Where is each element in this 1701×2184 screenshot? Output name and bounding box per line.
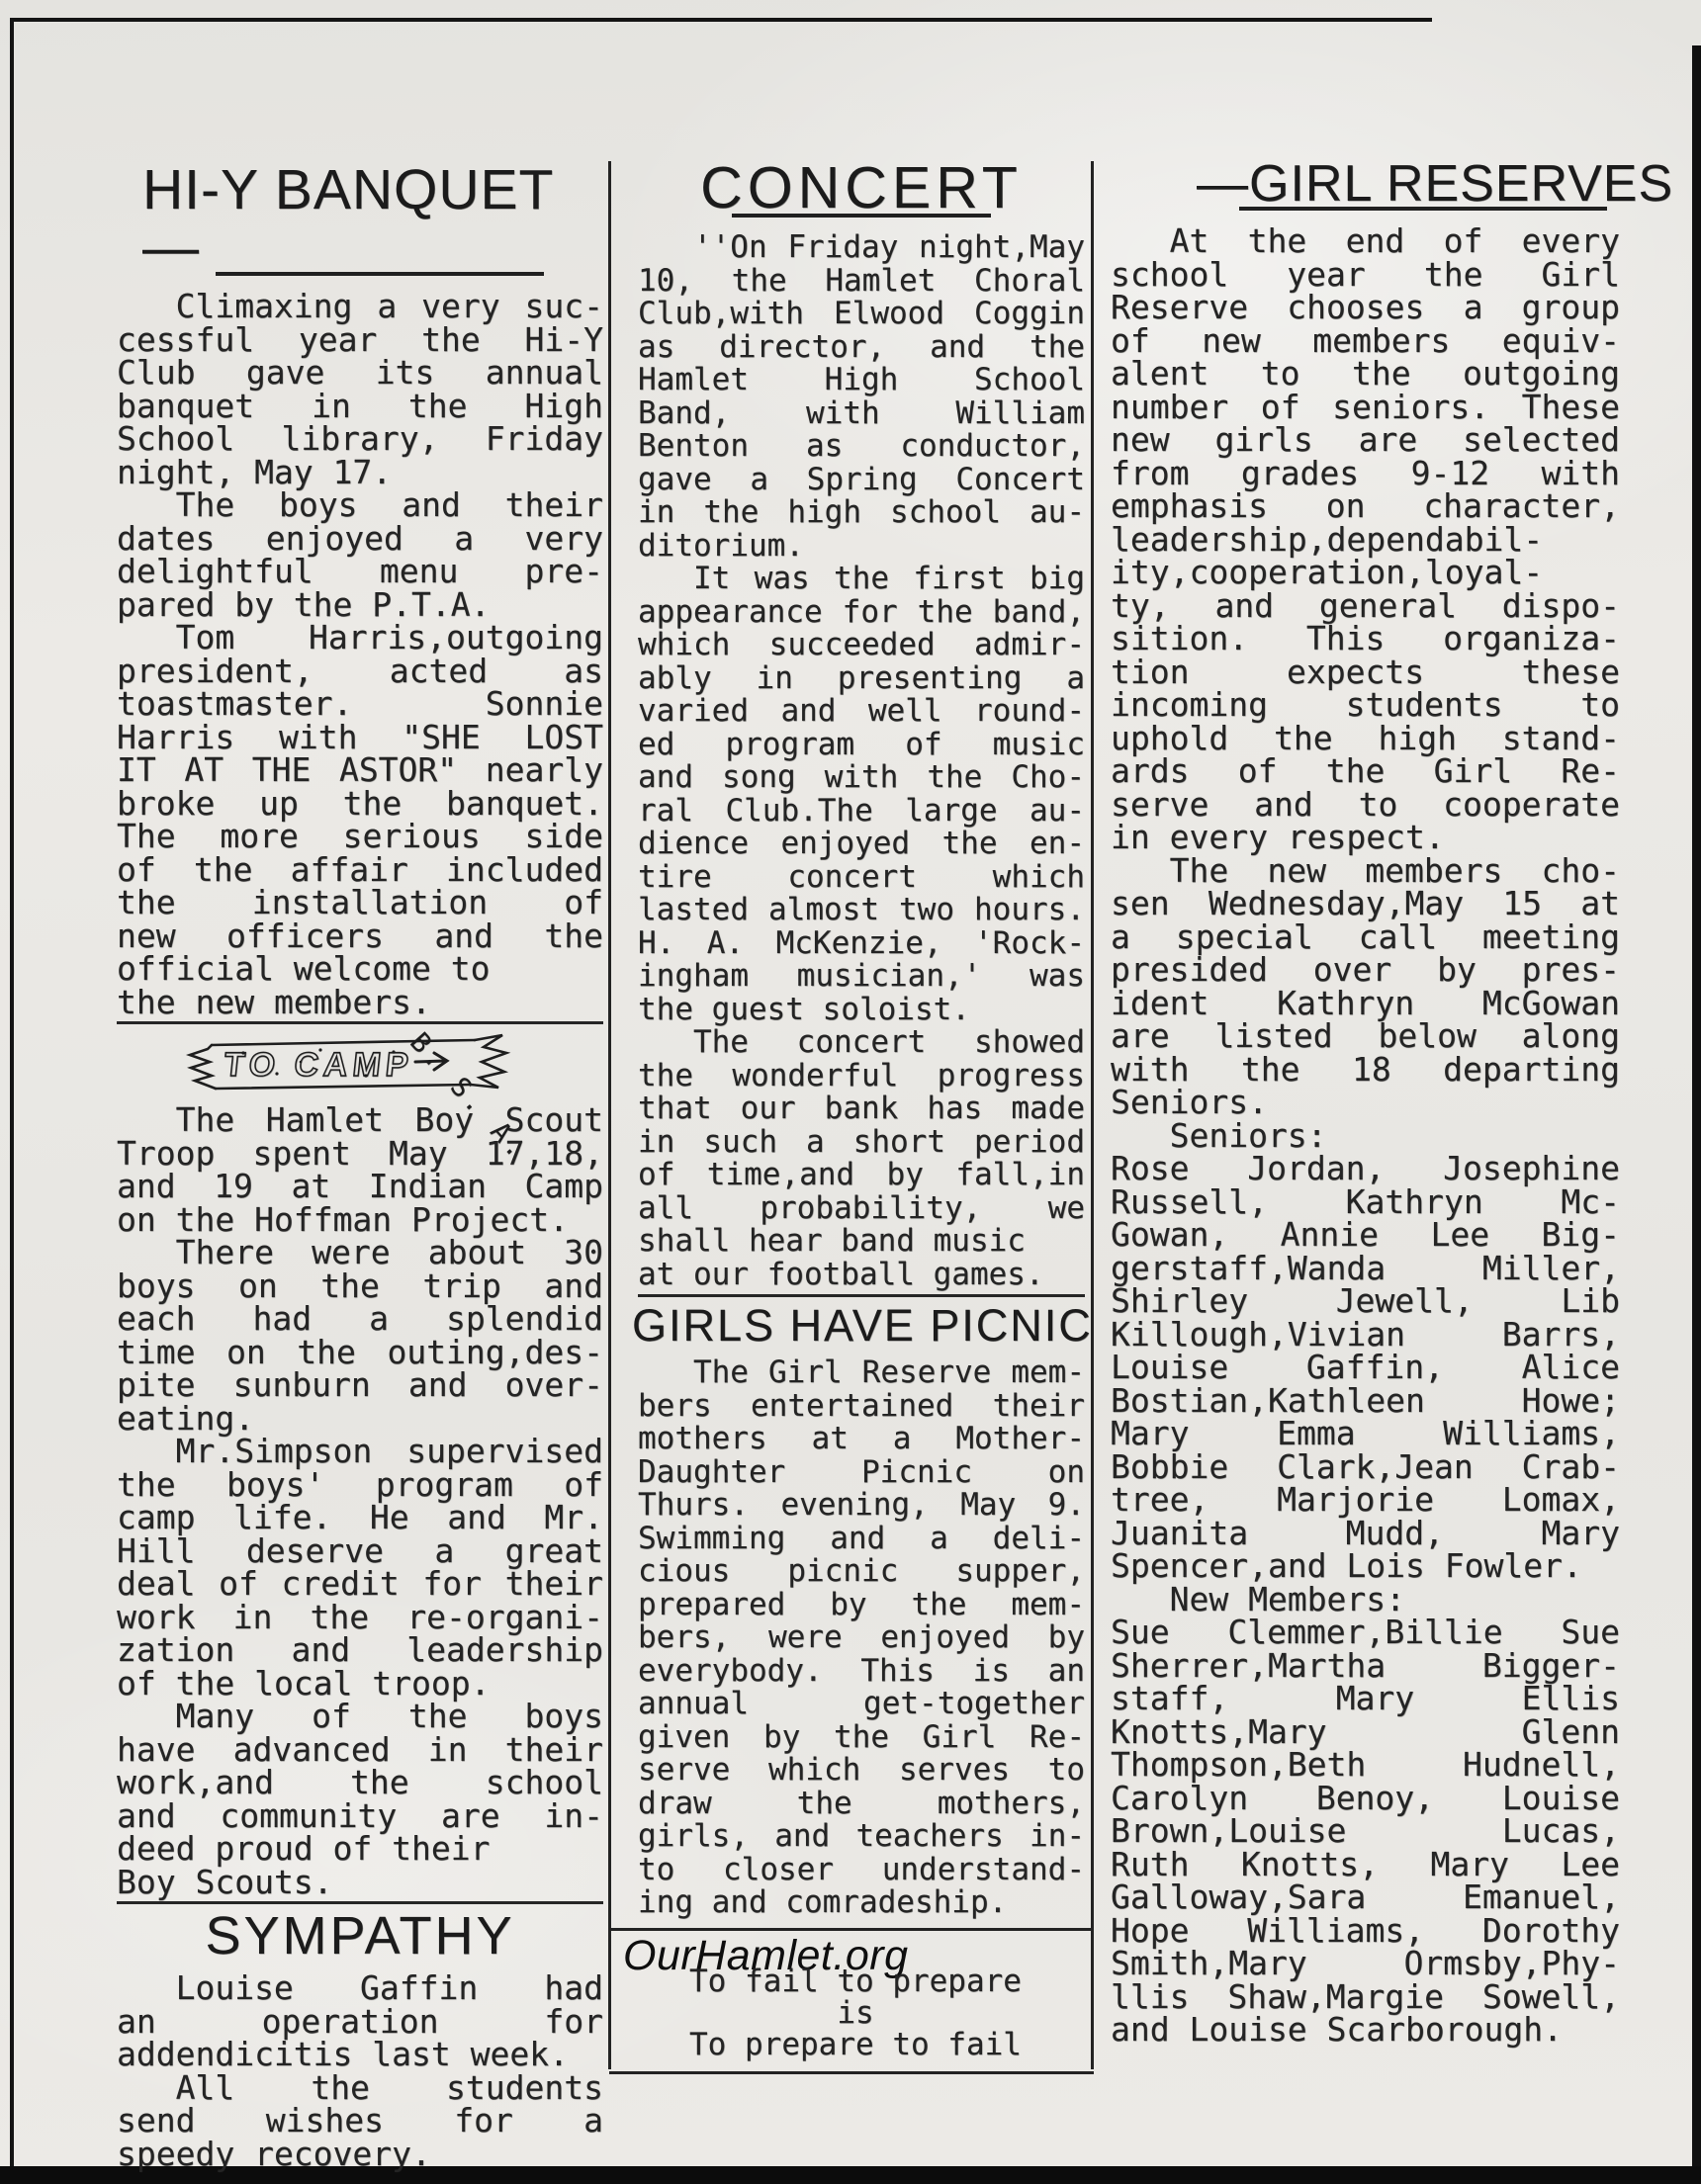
seniors-name-list: Rose Jordan, JosephineRussell, Kathryn M… [1111, 1152, 1620, 1583]
headline-concert: CONCERT [638, 158, 1085, 218]
page-border-left [10, 18, 14, 2169]
headline-girl-reserves: —GIRL RESERVES [1197, 158, 1620, 211]
underlined-closing-line: the new members. [117, 986, 603, 1025]
article-paragraph: The Hamlet Boy ScoutTroop spent May 17,1… [117, 1103, 603, 1236]
page-border-right [1692, 45, 1701, 2184]
article-paragraph: Many of the boyshave advanced in theirwo… [117, 1700, 603, 1866]
article-paragraph: At the end of everyschool year the GirlR… [1111, 224, 1620, 854]
headline-underline [216, 272, 544, 276]
underlined-closing-line: Boy Scouts. [117, 1866, 603, 1905]
list-label-seniors: Seniors: [1111, 1119, 1620, 1153]
newspaper-page: HI-Y BANQUET— Climaxing a very suc-cessf… [0, 0, 1701, 2184]
headline-sympathy: SYMPATHY [117, 1909, 603, 1964]
article-paragraph: The boys and theirdates enjoyed a veryde… [117, 488, 603, 621]
motto-quote: To fail to prepareisTo prepare to fail [638, 1966, 1073, 2060]
column-concert: CONCERT ''On Friday night,May10, the Ham… [638, 158, 1085, 1920]
column-hi-y: HI-Y BANQUET— Climaxing a very suc-cessf… [117, 161, 603, 2170]
column-divider-right [1091, 161, 1094, 2069]
article-paragraph: The new members cho-sen Wednesday,May 15… [1111, 854, 1620, 1119]
article-paragraph: Tom Harris,outgoingpresident, acted asto… [117, 621, 603, 986]
column-divider-left [608, 161, 611, 2069]
article-paragraph: Mr.Simpson supervisedthe boys' program o… [117, 1435, 603, 1700]
column-girl-reserves: —GIRL RESERVES At the end of everyschool… [1111, 158, 1620, 2047]
article-paragraph: Climaxing a very suc-cessful year the Hi… [117, 290, 603, 488]
article-paragraph: The concert showedthe wonderful progress… [638, 1026, 1085, 1259]
new-members-name-list: Sue Clemmer,Billie SueSherrer,Martha Big… [1111, 1616, 1620, 2047]
article-paragraph: Louise Gaffin hadan operation foraddendi… [117, 1971, 603, 2071]
page-border-top [10, 18, 1432, 22]
to-camp-label: TO CAMP [223, 1046, 415, 1084]
article-paragraph: There were about 30boys on the trip ande… [117, 1236, 603, 1435]
list-label-new-members: New Members: [1111, 1583, 1620, 1616]
headline-hi-y-banquet: HI-Y BANQUET— [142, 161, 603, 276]
article-paragraph: The Girl Reserve mem-bers entertained th… [638, 1356, 1085, 1920]
article-paragraph: It was the first bigappearance for the b… [638, 563, 1085, 1026]
to-camp-banner-graphic: TO CAMP B. S. A. [182, 1032, 514, 1093]
article-paragraph: All the studentssend wishes for aspeedy … [117, 2071, 603, 2171]
headline-girls-have-picnic: GIRLS HAVE PICNIC [632, 1303, 1085, 1349]
underlined-closing-line: at our football games. [638, 1259, 1085, 1298]
article-paragraph: ''On Friday night,May10, the Hamlet Chor… [638, 231, 1085, 563]
